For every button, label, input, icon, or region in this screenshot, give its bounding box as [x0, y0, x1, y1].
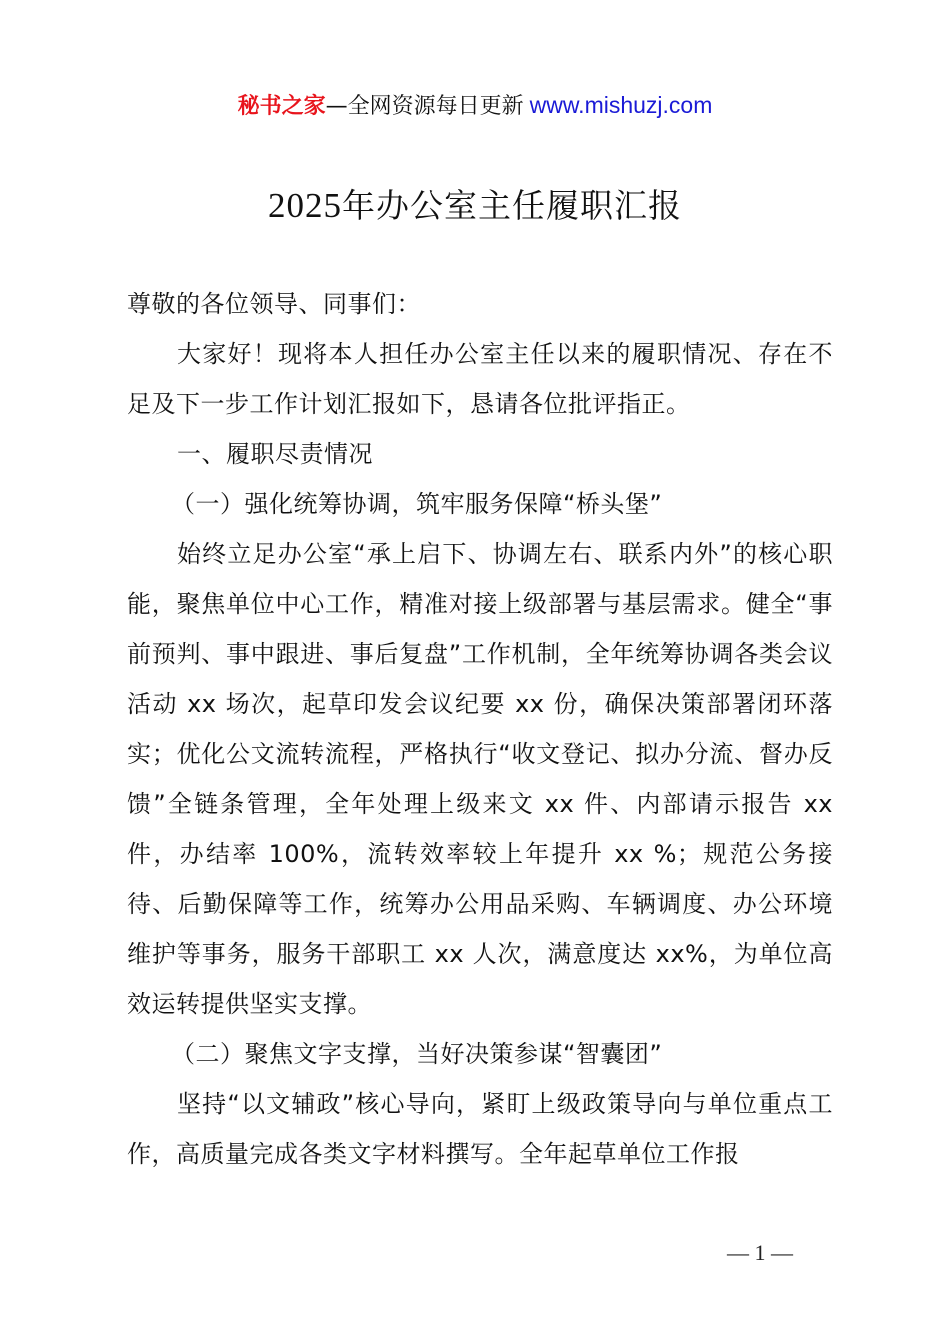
title-year: 2025: [268, 186, 342, 225]
section-heading-1: 一、履职尽责情况: [127, 429, 833, 479]
body-paragraph-1: 始终立足办公室“承上启下、协调左右、联系内外”的核心职能，聚焦单位中心工作，精准…: [127, 529, 833, 1029]
page-number: — 1 —: [715, 1238, 805, 1268]
document-title: 2025年办公室主任履职汇报: [0, 182, 950, 230]
banner-tagline: —全网资源每日更新: [326, 94, 524, 119]
intro-paragraph: 大家好！现将本人担任办公室主任以来的履职情况、存在不足及下一步工作计划汇报如下，…: [127, 329, 833, 429]
subsection-heading-2: （二）聚焦文字支撑，当好决策参谋“智囊团”: [127, 1029, 833, 1079]
site-url-link[interactable]: www.mishuzj.com: [530, 92, 713, 118]
subsection-heading-1: （一）强化统筹协调，筑牢服务保障“桥头堡”: [127, 479, 833, 529]
title-text: 年办公室主任履职汇报: [342, 186, 682, 225]
body-paragraph-2: 坚持“以文辅政”核心导向，紧盯上级政策导向与单位重点工作，高质量完成各类文字材料…: [127, 1079, 833, 1179]
brand-name: 秘书之家: [238, 94, 326, 119]
salutation: 尊敬的各位领导、同事们：: [127, 279, 833, 329]
site-banner: 秘书之家—全网资源每日更新www.mishuzj.com: [0, 88, 950, 124]
document-body: 尊敬的各位领导、同事们： 大家好！现将本人担任办公室主任以来的履职情况、存在不足…: [127, 279, 833, 1179]
